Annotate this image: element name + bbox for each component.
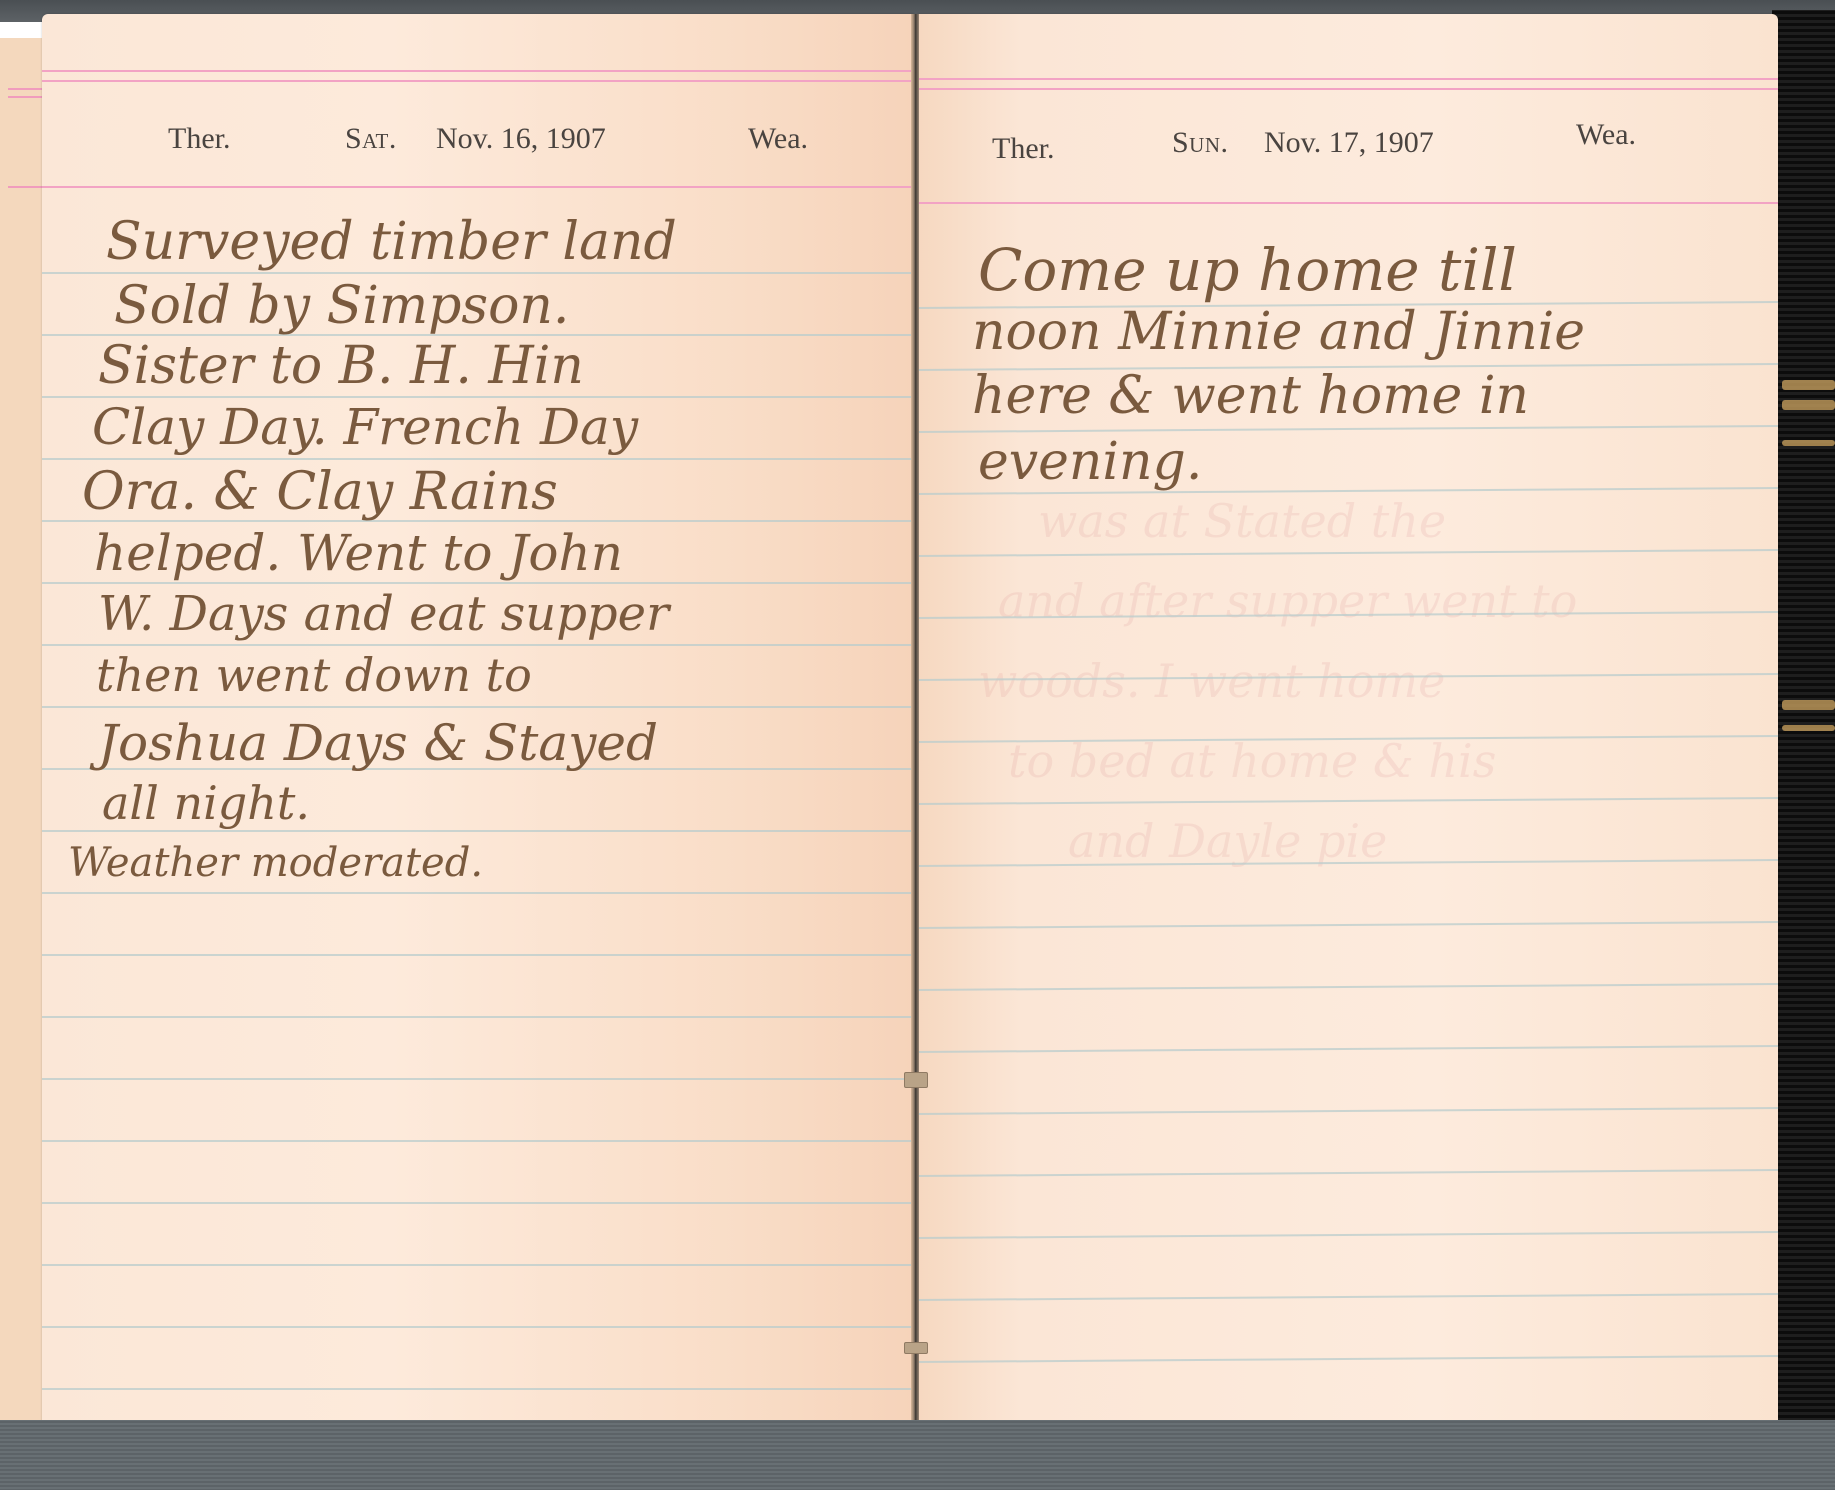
day-label: Sun. [1172, 126, 1229, 160]
ruled-line [42, 1388, 914, 1390]
ruled-line [42, 1264, 914, 1266]
ruled-line [918, 1107, 1778, 1115]
pink-rule [918, 88, 1778, 90]
binding-stitch [904, 1072, 928, 1088]
page-header-left: Ther. Sat. Nov. 16, 1907 Wea. [42, 122, 914, 166]
ruled-line [42, 706, 914, 708]
ruled-line [42, 1140, 914, 1142]
ruled-line [42, 1202, 914, 1204]
date-label: Nov. 16, 1907 [436, 122, 606, 156]
ruled-line [918, 1355, 1778, 1363]
weather-label: Wea. [1576, 118, 1636, 152]
handwritten-line: Clay Day. French Day [92, 398, 638, 456]
diary-photo-scene: Ther. Sat. Nov. 16, 1907 Wea. Surveyed t… [0, 0, 1835, 1503]
handwritten-line: all night. [102, 776, 310, 830]
handwritten-line: Come up home till [978, 236, 1517, 304]
handwritten-line: noon Minnie and Jinnie [972, 302, 1585, 362]
pink-rule [42, 186, 914, 188]
bleed-through-text: to bed at home & his [1008, 734, 1496, 788]
binding-stitch [904, 1342, 928, 1354]
gilt-band [1782, 700, 1835, 710]
bleed-through-text: and after supper went to [998, 574, 1577, 628]
bleed-through-text: was at Stated the [1038, 494, 1446, 548]
ruled-line [42, 644, 914, 646]
gilt-band [1782, 400, 1835, 410]
pink-rule [42, 70, 914, 72]
ruled-line [42, 830, 914, 832]
ruled-line [42, 272, 914, 274]
ruled-line [42, 1326, 914, 1328]
ruled-line [42, 954, 914, 956]
day-label: Sat. [345, 122, 397, 156]
handwritten-line: Joshua Days & Stayed [98, 714, 658, 772]
ruled-line [918, 1045, 1778, 1053]
ruled-line [918, 1169, 1778, 1177]
handwritten-line: Weather moderated. [68, 840, 483, 886]
handwritten-line: W. Days and eat supper [98, 586, 669, 642]
ruled-line [42, 582, 914, 584]
diary-page-right: Ther. Sun. Nov. 17, 1907 Wea. was at Sta… [918, 14, 1778, 1444]
ruled-line [918, 1231, 1778, 1239]
ruled-line [42, 1078, 914, 1080]
ruled-line [918, 983, 1778, 991]
book-gutter [911, 14, 919, 1454]
handwritten-line: helped. Went to John [94, 524, 623, 582]
date-label: Nov. 17, 1907 [1264, 126, 1434, 160]
ruled-line [918, 549, 1778, 557]
handwritten-line: Sister to B. H. Hin [98, 336, 584, 396]
ruled-line [918, 797, 1778, 805]
gilt-band [1782, 725, 1835, 731]
ruled-line [918, 921, 1778, 929]
image-border [0, 1490, 1835, 1503]
handwritten-line: then went down to [96, 648, 532, 702]
book-cover-spine [1772, 10, 1835, 1430]
diary-page-left: Ther. Sat. Nov. 16, 1907 Wea. Surveyed t… [42, 14, 914, 1454]
pink-rule [918, 78, 1778, 80]
ruled-line [918, 1293, 1778, 1301]
ruled-line [42, 1016, 914, 1018]
pink-rule [918, 202, 1778, 204]
weather-label: Wea. [748, 122, 808, 156]
ruled-line [42, 892, 914, 894]
thermometer-label: Ther. [168, 122, 230, 156]
handwritten-line: here & went home in [972, 366, 1529, 426]
page-header-right: Ther. Sun. Nov. 17, 1907 Wea. [918, 124, 1778, 168]
handwritten-line: Surveyed timber land [106, 212, 677, 272]
gilt-band [1782, 380, 1835, 390]
thermometer-label: Ther. [992, 132, 1054, 166]
bleed-through-text: woods. I went home [978, 654, 1445, 708]
handwritten-line: evening. [978, 432, 1202, 492]
handwritten-line: Ora. & Clay Rains [82, 462, 558, 522]
handwritten-line: Sold by Simpson. [114, 276, 569, 336]
gilt-band [1782, 440, 1835, 446]
bleed-through-text: and Dayle pie [1068, 814, 1387, 868]
pink-rule [42, 80, 914, 82]
ruled-line [42, 458, 914, 460]
